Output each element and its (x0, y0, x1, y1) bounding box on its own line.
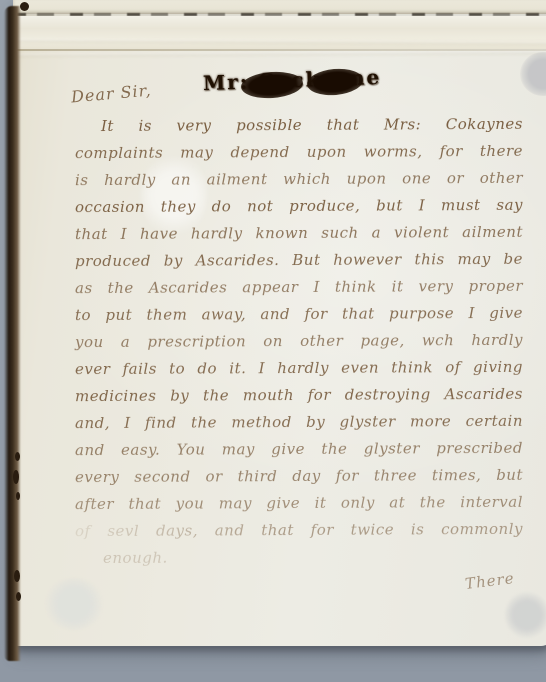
letter-line: that I have hardly known such a violent … (75, 219, 523, 248)
paper-edge-fleck (15, 452, 20, 461)
letter-line: you a prescription on other page, wch ha… (75, 327, 523, 356)
letter-line: It is very possible that Mrs: Cokaynes (75, 111, 523, 140)
seal-smudge-stain (520, 52, 546, 96)
letter-line: after that you may give it only at the i… (75, 489, 523, 518)
letter-line: produced by Ascarides. But however this … (75, 246, 523, 275)
letter-line: as the Ascarides appear I think it very … (75, 273, 523, 302)
letter-line: is hardly an ailment which upon one or o… (75, 165, 523, 194)
letter-line: of sevl days, and that for twice is comm… (75, 516, 523, 545)
book-binding-edge (4, 6, 21, 661)
letter-line: occasion they do not produce, but I must… (75, 192, 523, 221)
folded-page-strip (13, 0, 546, 14)
letter-line: ever fails to do it. I hardly even think… (75, 354, 523, 383)
paper-edge-fleck (13, 470, 19, 484)
manuscript-photo: Dear Sir, Mr: Cockayne It is very possib… (0, 0, 546, 682)
letter-line: medicines by the mouth for destroying As… (75, 381, 523, 410)
letter-line: complaints may depend upon worms, for th… (75, 138, 523, 167)
letter-line: and easy. You may give the glyster presc… (75, 435, 523, 464)
paper-wrinkle (13, 51, 546, 58)
paper-stain (505, 592, 546, 638)
salutation: Dear Sir, (70, 81, 152, 107)
paper-edge-fleck (20, 2, 29, 11)
catchword: There (464, 569, 515, 593)
paper-edge-fleck (16, 492, 20, 500)
paper-stain (45, 578, 103, 630)
letter-line: and, I find the method by glyster more c… (75, 408, 523, 437)
paper-fold-band (13, 16, 546, 49)
letter-line: to put them away, and for that purpose I… (75, 300, 523, 329)
letter-line: every second or third day for three time… (75, 462, 523, 491)
paper-edge-fleck (16, 592, 21, 601)
paper-edge-fleck (14, 570, 20, 582)
letter-line: enough. (75, 543, 523, 572)
letter-page: Dear Sir, Mr: Cockayne It is very possib… (13, 0, 546, 646)
fold-crease-line (13, 49, 546, 51)
paper-wrinkle (13, 39, 546, 46)
letter-body: It is very possible that Mrs: Cokaynes c… (75, 112, 523, 571)
